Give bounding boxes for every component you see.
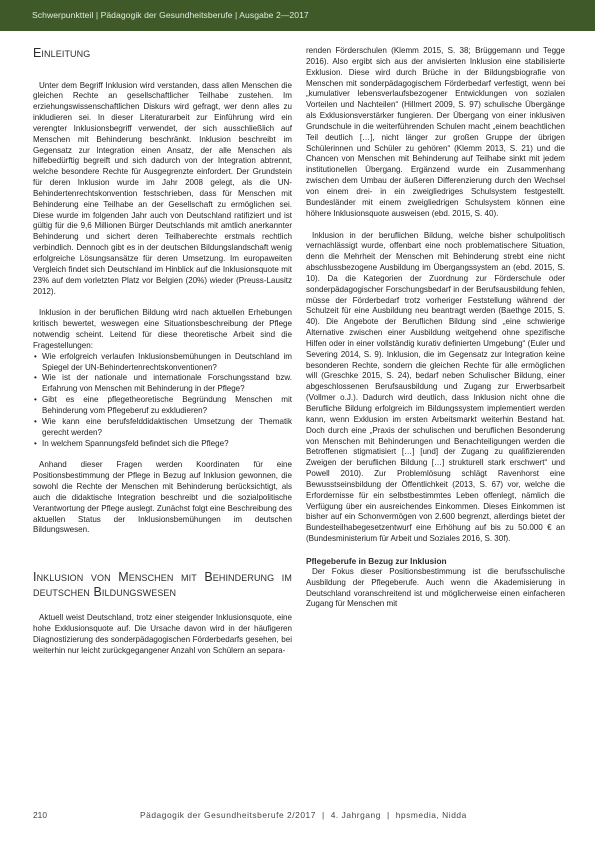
body-paragraph: Inklusion in der beruflichen Bildung, we… xyxy=(306,231,565,545)
body-paragraph: Der Fokus dieser Positionsbestimmung ist… xyxy=(306,567,565,610)
body-paragraph: Aktuell weist Deutschland, trotz einer s… xyxy=(33,613,292,656)
separator: | xyxy=(387,810,390,820)
list-item: Wie erfolgreich verlaufen Inklusionsbemü… xyxy=(33,352,292,374)
body-paragraph: renden Förderschulen (Klemm 2015, S. 38;… xyxy=(306,46,565,220)
volume: 4. Jahrgang xyxy=(331,810,381,820)
separator: | xyxy=(322,810,325,820)
page-number: 210 xyxy=(33,810,47,820)
list-item: Gibt es eine pflegetheoretische Begründu… xyxy=(33,395,292,417)
section-heading-einleitung: Einleitung xyxy=(33,46,292,61)
body-paragraph: Anhand dieser Fragen werden Koordinaten … xyxy=(33,460,292,536)
journal-issue: Pädagogik der Gesundheitsberufe 2/2017 xyxy=(140,810,316,820)
right-column: renden Förderschulen (Klemm 2015, S. 38;… xyxy=(306,46,565,610)
research-questions-list: Wie erfolgreich verlaufen Inklusionsbemü… xyxy=(33,352,292,450)
body-paragraph: Unter dem Begriff Inklusion wird verstan… xyxy=(33,81,292,298)
footer-info: Pädagogik der Gesundheitsberufe 2/2017|4… xyxy=(140,810,467,820)
subsection-heading: Pflegeberufe in Bezug zur Inklusion xyxy=(306,556,565,567)
page-footer: 210 Pädagogik der Gesundheitsberufe 2/20… xyxy=(0,810,595,824)
list-item: Wie kann eine berufsfelddidaktischen Ums… xyxy=(33,417,292,439)
left-column: Einleitung Unter dem Begriff Inklusion w… xyxy=(33,46,292,657)
body-paragraph: Inklusion in der beruflichen Bildung wir… xyxy=(33,308,292,351)
list-item: Wie ist der nationale und internationale… xyxy=(33,373,292,395)
publisher: hpsmedia, Nidda xyxy=(396,810,467,820)
list-item: In welchem Spannungsfeld befindet sich d… xyxy=(33,439,292,450)
running-title: Schwerpunktteil | Pädagogik der Gesundhe… xyxy=(32,10,309,20)
section-heading-inklusion: Inklusion von Menschen mit Behinderung i… xyxy=(33,570,292,599)
running-header: Schwerpunktteil | Pädagogik der Gesundhe… xyxy=(0,0,595,31)
